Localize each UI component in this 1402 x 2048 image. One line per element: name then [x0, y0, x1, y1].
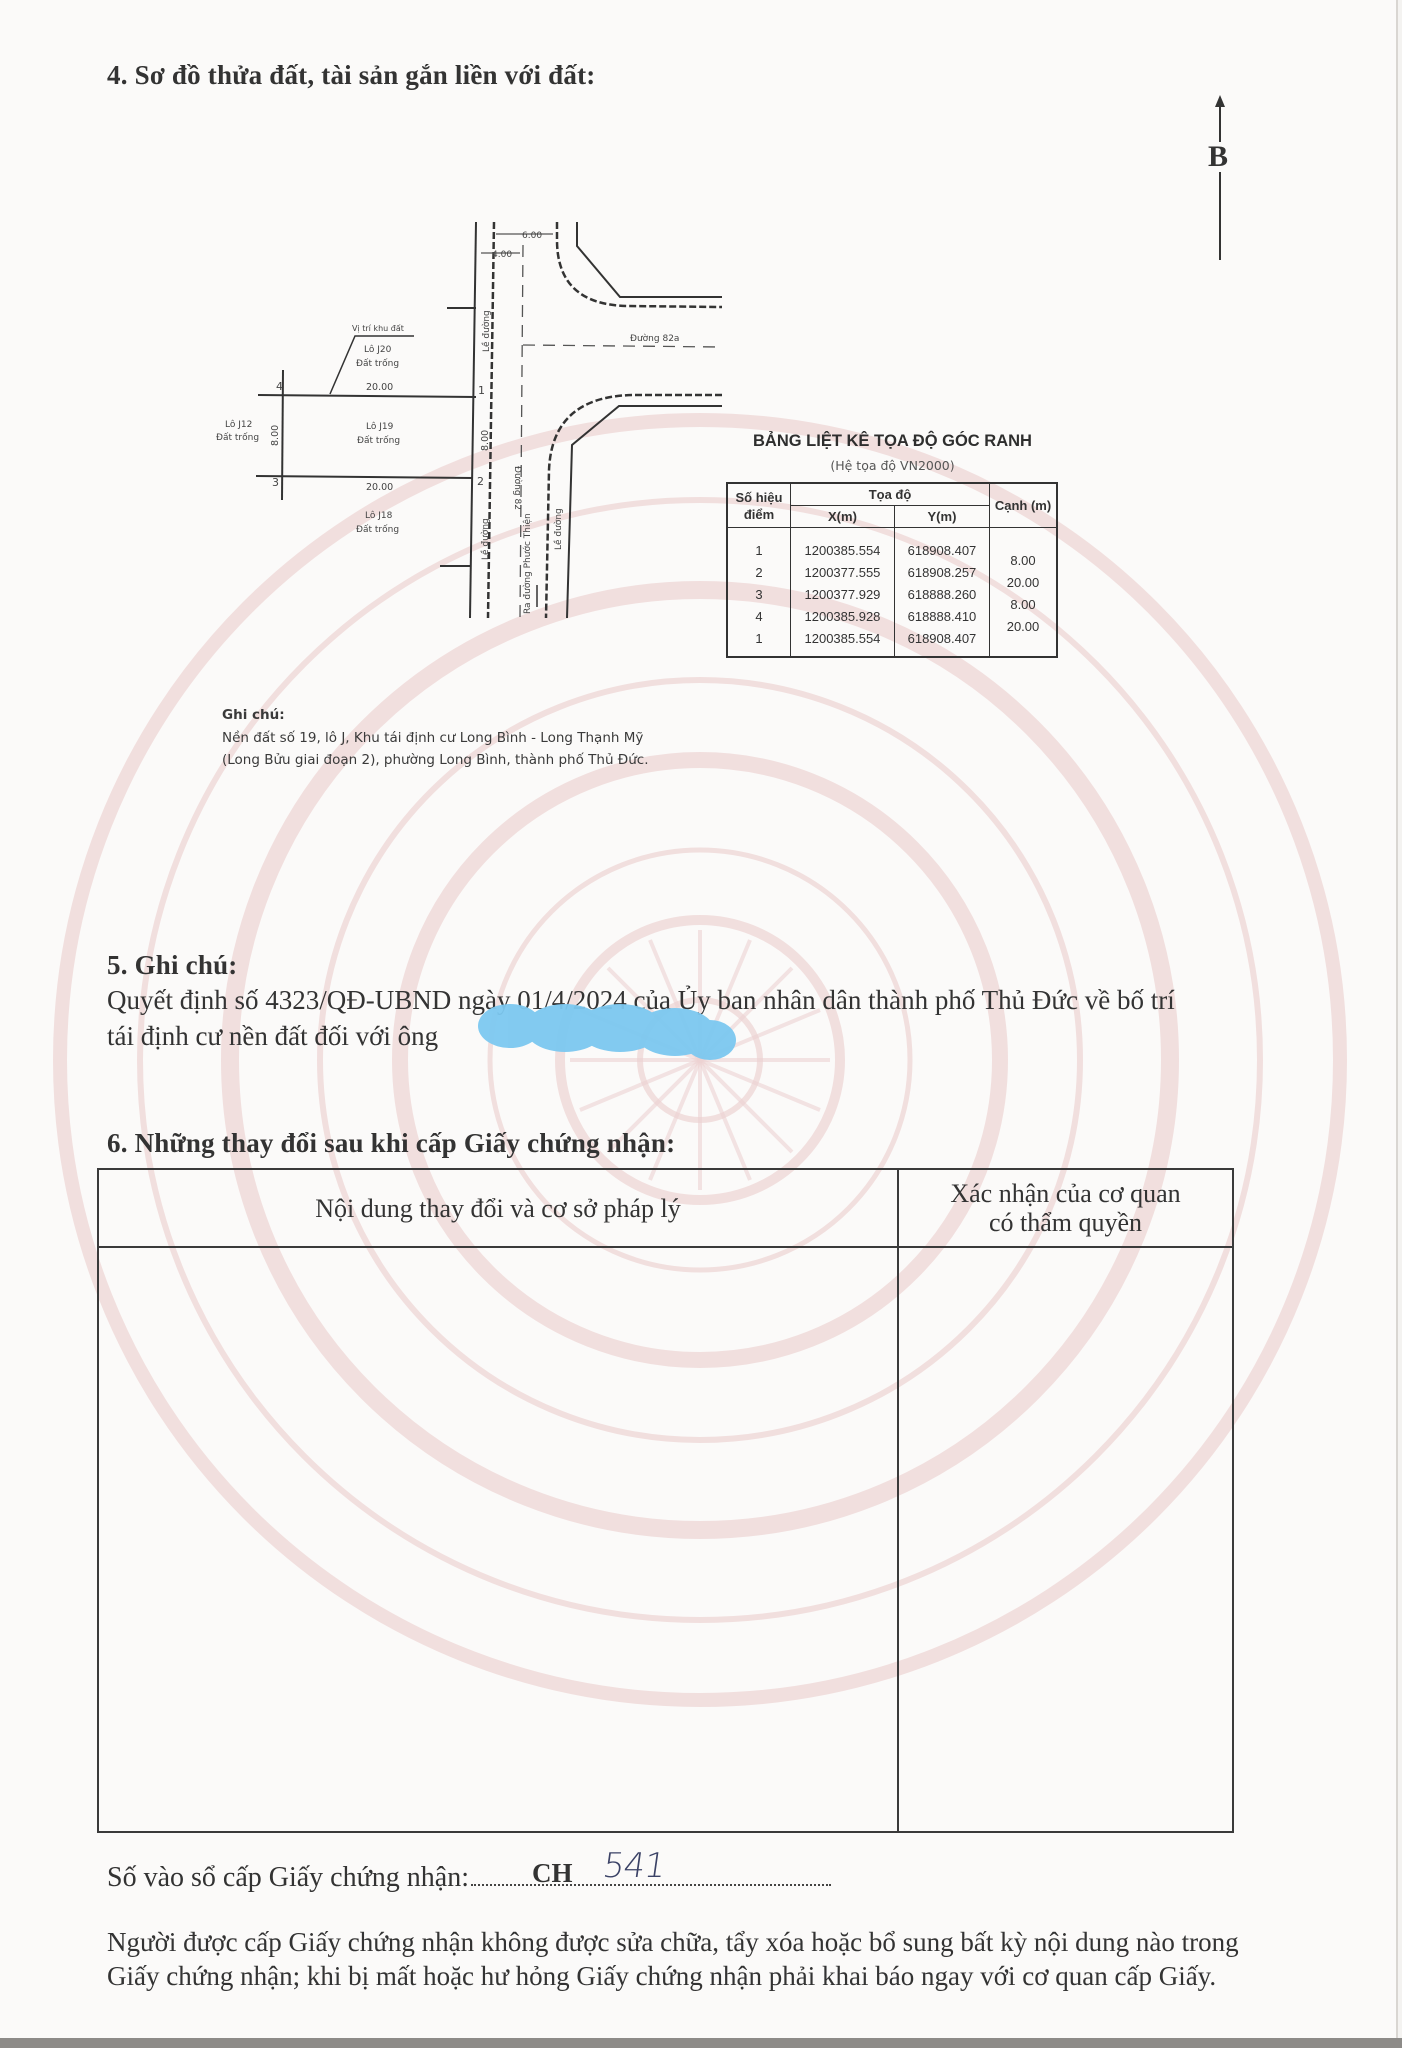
sidewalk-left-top: Lề đường: [481, 310, 492, 352]
road-82a-label: Đường 82a: [630, 333, 679, 344]
lot-j20-use: Đất trống: [356, 358, 399, 369]
sidewalk-left-bottom: Lề đường: [480, 518, 491, 560]
dim-road-half: 6.00: [522, 231, 542, 241]
lot-j12-label: Lô J12: [225, 419, 252, 430]
edge-bottom-label: 20.00: [366, 482, 393, 493]
lot-j18-label: Lô J18: [365, 510, 393, 521]
lot-j19-use: Đất trống: [357, 435, 400, 446]
point-3: 3: [272, 476, 279, 489]
section4-heading: 4. Sơ đồ thửa đất, tài sản gắn liền với …: [107, 60, 596, 91]
lot-j19-label: Lô J19: [366, 421, 394, 432]
changes-content-cell: [98, 1247, 898, 1832]
section5-line2: tái định cư nền đất đối với ông: [107, 1018, 438, 1054]
lot-j18-use: Đất trống: [356, 524, 399, 535]
header-coords: Tọa độ: [791, 483, 990, 506]
road-out-label: Ra đường Phước Thiện: [522, 513, 533, 614]
coord-table-title: BẢNG LIỆT KÊ TỌA ĐỘ GÓC RANH: [725, 432, 1060, 451]
plot-map: 6.00 4.00 Vị trí khu đất Lô J20 Đất trốn…: [200, 210, 740, 630]
coord-table-subtitle: (Hệ tọa độ VN2000): [725, 458, 1060, 473]
edge-left-label: 8.00: [270, 425, 281, 446]
dim-sidewalk: 4.00: [492, 250, 512, 260]
map-note-label: Ghi chú:: [222, 704, 285, 726]
changes-col-content: Nội dung thay đổi và cơ sở pháp lý: [98, 1169, 898, 1247]
header-edge: Cạnh (m): [990, 483, 1058, 528]
registry-label: Số vào sổ cấp Giấy chứng nhận:: [107, 1862, 469, 1893]
section5-heading: 5. Ghi chú:: [107, 950, 237, 981]
north-label: B: [1208, 142, 1228, 172]
footer-warning: Người được cấp Giấy chứng nhận không đượ…: [107, 1925, 1307, 1993]
header-point: Số hiệu điểm: [727, 483, 791, 528]
map-note-line1: Nền đất số 19, lô J, Khu tái định cư Lon…: [222, 727, 643, 749]
road-82-label: Đường 82: [512, 466, 523, 510]
edge-top-label: 20.00: [366, 382, 393, 393]
header-x: X(m): [791, 506, 895, 528]
registry-prefix: CH: [532, 1858, 573, 1889]
registry-line: Số vào sổ cấp Giấy chứng nhận:: [107, 1862, 831, 1894]
location-marker-label: Vị trí khu đất: [352, 323, 404, 334]
edge-right-label: 8.00: [480, 430, 491, 451]
coord-table: Số hiệu điểm Tọa độ Cạnh (m) X(m) Y(m) 1…: [726, 482, 1058, 658]
lot-j20-label: Lô J20: [364, 344, 392, 355]
point-1: 1: [478, 384, 485, 397]
registry-number-handwritten: 541: [600, 1846, 668, 1886]
table-row: 1 1200385.554 618908.407 8.00 20.00 8.00…: [727, 528, 1057, 563]
section6-heading: 6. Những thay đổi sau khi cấp Giấy chứng…: [107, 1128, 675, 1159]
point-2: 2: [477, 475, 484, 488]
scan-edge: [0, 2038, 1402, 2048]
changes-table: Nội dung thay đổi và cơ sở pháp lý Xác n…: [97, 1168, 1234, 1833]
lot-j12-use: Đất trống: [216, 432, 259, 443]
map-note-line2: (Long Bửu giai đoạn 2), phường Long Bình…: [222, 749, 649, 771]
north-arrow-icon: [1205, 95, 1235, 265]
edge-column: 8.00 20.00 8.00 20.00: [990, 528, 1058, 658]
changes-col-confirmation: Xác nhận của cơ quan có thẩm quyền: [898, 1169, 1233, 1247]
header-y: Y(m): [894, 506, 989, 528]
sidewalk-right: Lề đường: [553, 508, 564, 550]
redaction-mask: [470, 1000, 738, 1062]
changes-confirmation-cell: [898, 1247, 1233, 1832]
point-4: 4: [276, 380, 283, 393]
